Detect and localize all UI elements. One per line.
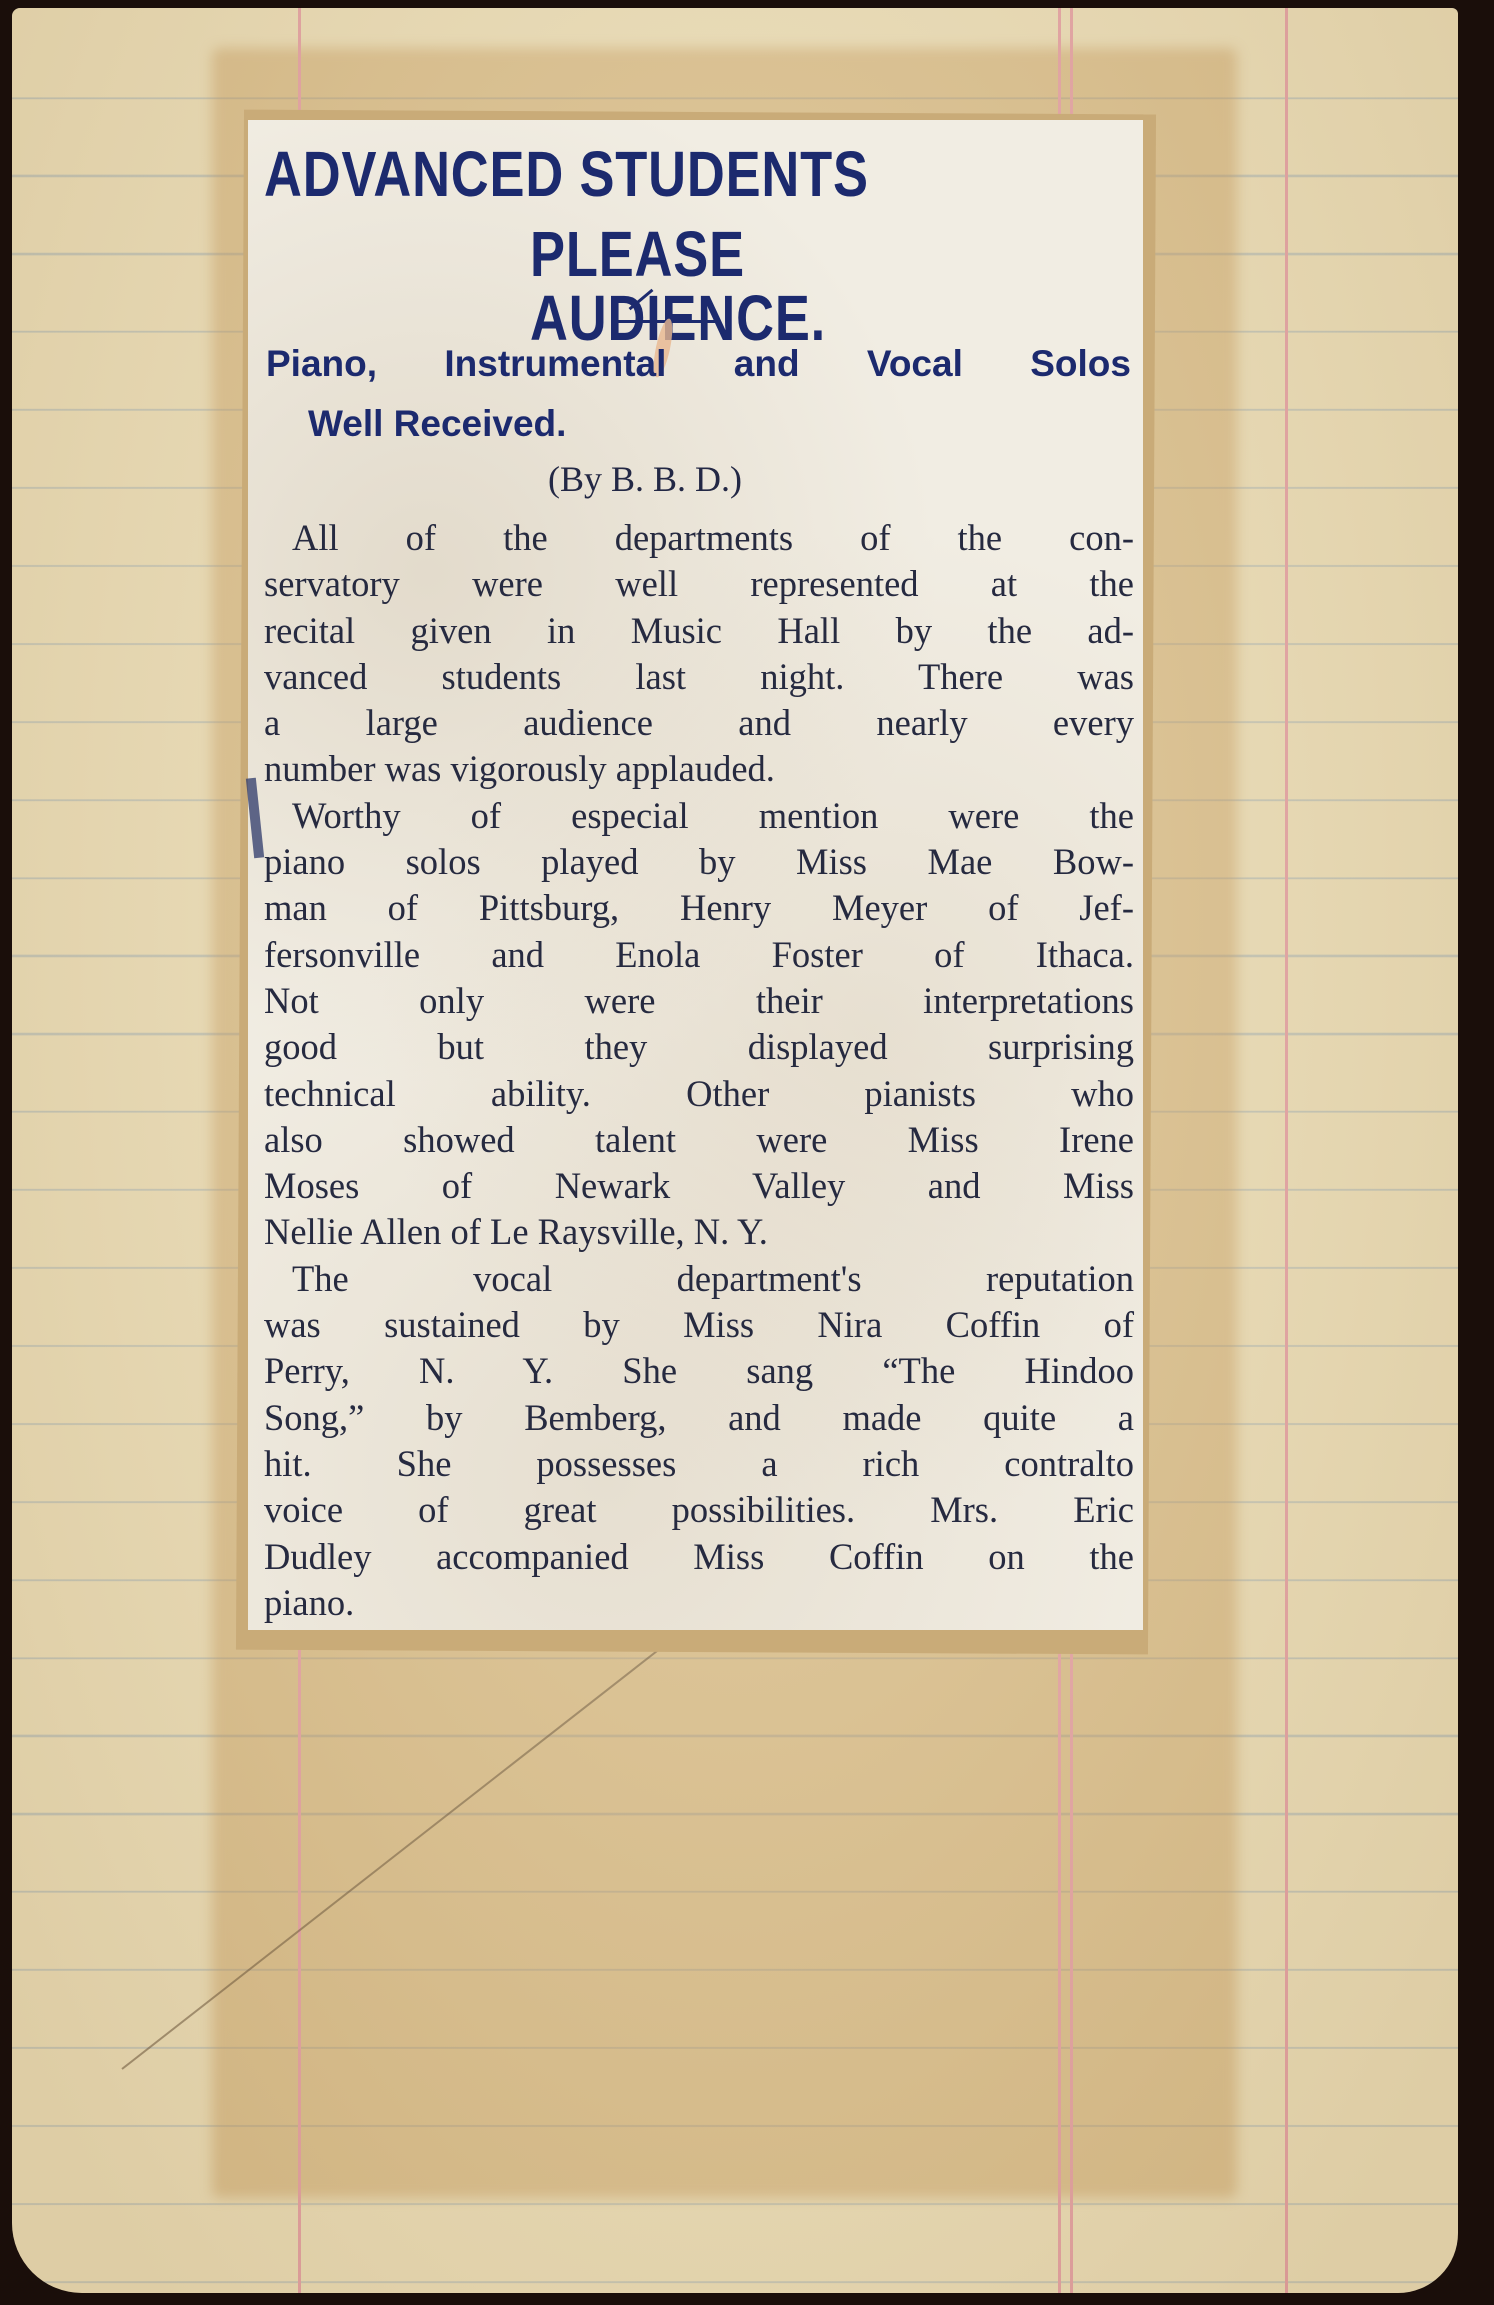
text-line: Not only were their interpretations <box>264 978 1134 1024</box>
text-line: Moses of Newark Valley and Miss <box>264 1163 1134 1209</box>
paragraph-1: All of the departments of the con- serva… <box>264 515 1134 793</box>
text-line: also showed talent were Miss Irene <box>264 1117 1134 1163</box>
subhead-word: Piano, <box>266 345 377 382</box>
newspaper-clipping: ADVANCED STUDENTS PLEASE AUDIENCE. Piano… <box>248 120 1143 1630</box>
text-line: Song,” by Bemberg, and made quite a <box>264 1395 1134 1441</box>
headline-line-1: ADVANCED STUDENTS <box>264 142 869 206</box>
headline-line-2: PLEASE AUDIENCE. <box>530 222 1033 350</box>
paragraph-3: The vocal department's reputation was su… <box>264 1256 1134 1626</box>
text-line: Dudley accompanied Miss Coffin on the <box>264 1534 1134 1580</box>
text-line: technical ability. Other pianists who <box>264 1071 1134 1117</box>
subhead-word: Solos <box>1030 345 1131 382</box>
margin-rule-right <box>1285 8 1288 2293</box>
text-line: Nellie Allen of Le Raysville, N. Y. <box>264 1209 1134 1255</box>
text-line: was sustained by Miss Nira Coffin of <box>264 1302 1134 1348</box>
subhead-word: and <box>734 345 800 382</box>
text-line: man of Pittsburg, Henry Meyer of Jef- <box>264 885 1134 931</box>
text-line: All of the departments of the con- <box>264 515 1134 561</box>
article-body: All of the departments of the con- serva… <box>264 515 1134 1626</box>
text-line: Perry, N. Y. She sang “The Hindoo <box>264 1348 1134 1394</box>
text-line: recital given in Music Hall by the ad- <box>264 608 1134 654</box>
text-line: piano. <box>264 1580 1134 1626</box>
text-line: good but they displayed surprising <box>264 1024 1134 1070</box>
byline: (By B. B. D.) <box>548 458 742 500</box>
text-line: hit. She possesses a rich contralto <box>264 1441 1134 1487</box>
text-line: piano solos played by Miss Mae Bow- <box>264 839 1134 885</box>
subhead-word: Instrumental <box>444 345 666 382</box>
text-line: vanced students last night. There was <box>264 654 1134 700</box>
subhead-word: Vocal <box>867 345 963 382</box>
text-line: Worthy of especial mention were the <box>264 793 1134 839</box>
text-line: a large audience and nearly every <box>264 700 1134 746</box>
text-line: The vocal department's reputation <box>264 1256 1134 1302</box>
subheadline-line-1: Piano, Instrumental and Vocal Solos <box>266 345 1131 382</box>
text-line: servatory were well represented at the <box>264 561 1134 607</box>
paragraph-2: Worthy of especial mention were the pian… <box>264 793 1134 1256</box>
text-line: voice of great possibilities. Mrs. Eric <box>264 1487 1134 1533</box>
text-line: fersonville and Enola Foster of Ithaca. <box>264 932 1134 978</box>
subheadline-line-2: Well Received. <box>308 405 566 442</box>
text-line: number was vigorously applauded. <box>264 746 1134 792</box>
